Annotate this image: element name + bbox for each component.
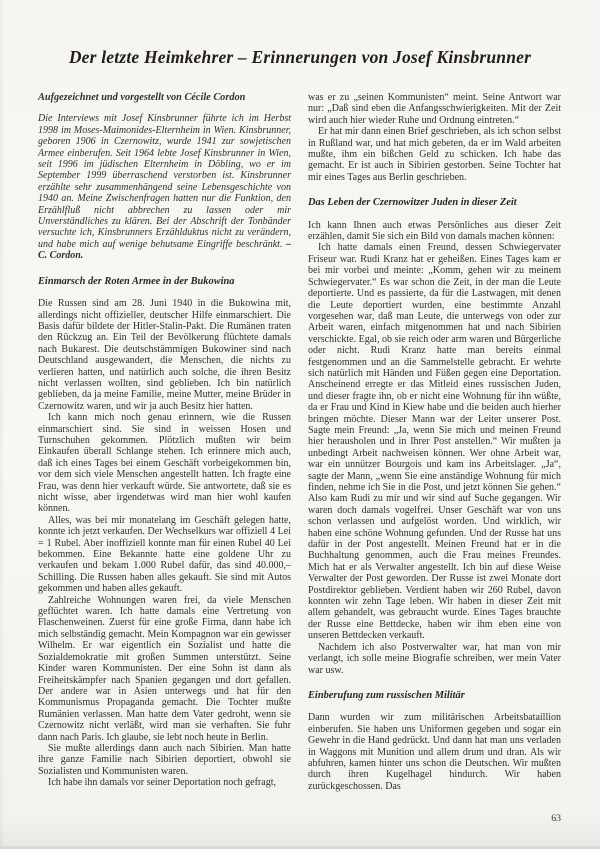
body-paragraph: Er hat mir dann einen Brief geschrieben,… xyxy=(308,126,561,183)
body-paragraph: Zahlreiche Wohnungen waren frei, da viel… xyxy=(38,595,291,743)
section-heading: Das Leben der Czernowitzer Juden in dies… xyxy=(308,197,561,208)
intro-paragraph: Die Interviews mit Josef Kinsbrunner füh… xyxy=(38,113,291,261)
body-paragraph: was er zu „seinen Kommunisten“ meint. Se… xyxy=(308,92,561,126)
body-paragraph: Ich kann Ihnen auch etwas Persönliches a… xyxy=(308,220,561,243)
body-paragraph: Nachdem ich also Postverwalter war, hat … xyxy=(308,642,561,676)
body-paragraph: Ich hatte damals einen Freund, dessen Sc… xyxy=(308,242,561,641)
byline: Aufgezeichnet und vorgestellt von Cécile… xyxy=(38,92,291,103)
body-paragraph: Ich kann mich noch genau erinnern, wie d… xyxy=(38,412,291,515)
body-paragraph: Alles, was bei mir monatelang im Geschäf… xyxy=(38,515,291,595)
section-heading: Einberufung zum russischen Militär xyxy=(308,690,561,701)
body-paragraph: Ich habe ihn damals vor seiner Deportati… xyxy=(38,777,291,788)
scanned-book-page: Der letzte Heimkehrer – Erinnerungen von… xyxy=(0,0,600,849)
left-column: Aufgezeichnet und vorgestellt von Cécile… xyxy=(38,92,291,792)
body-paragraph: Dann wurden wir zum militärischen Arbeit… xyxy=(308,712,561,792)
right-column: was er zu „seinen Kommunisten“ meint. Se… xyxy=(308,92,561,792)
section-heading: Einmarsch der Roten Armee in der Bukowin… xyxy=(38,276,291,287)
page-title: Der letzte Heimkehrer – Erinnerungen von… xyxy=(0,0,600,67)
body-paragraph: Sie mußte allerdings dann auch nach Sibi… xyxy=(38,743,291,777)
body-paragraph: Die Russen sind am 28. Juni 1940 in die … xyxy=(38,298,291,412)
page-number: 63 xyxy=(551,813,561,824)
intro-signature: – C. Cordon. xyxy=(38,239,291,261)
two-column-text: Aufgezeichnet und vorgestellt von Cécile… xyxy=(0,92,600,792)
